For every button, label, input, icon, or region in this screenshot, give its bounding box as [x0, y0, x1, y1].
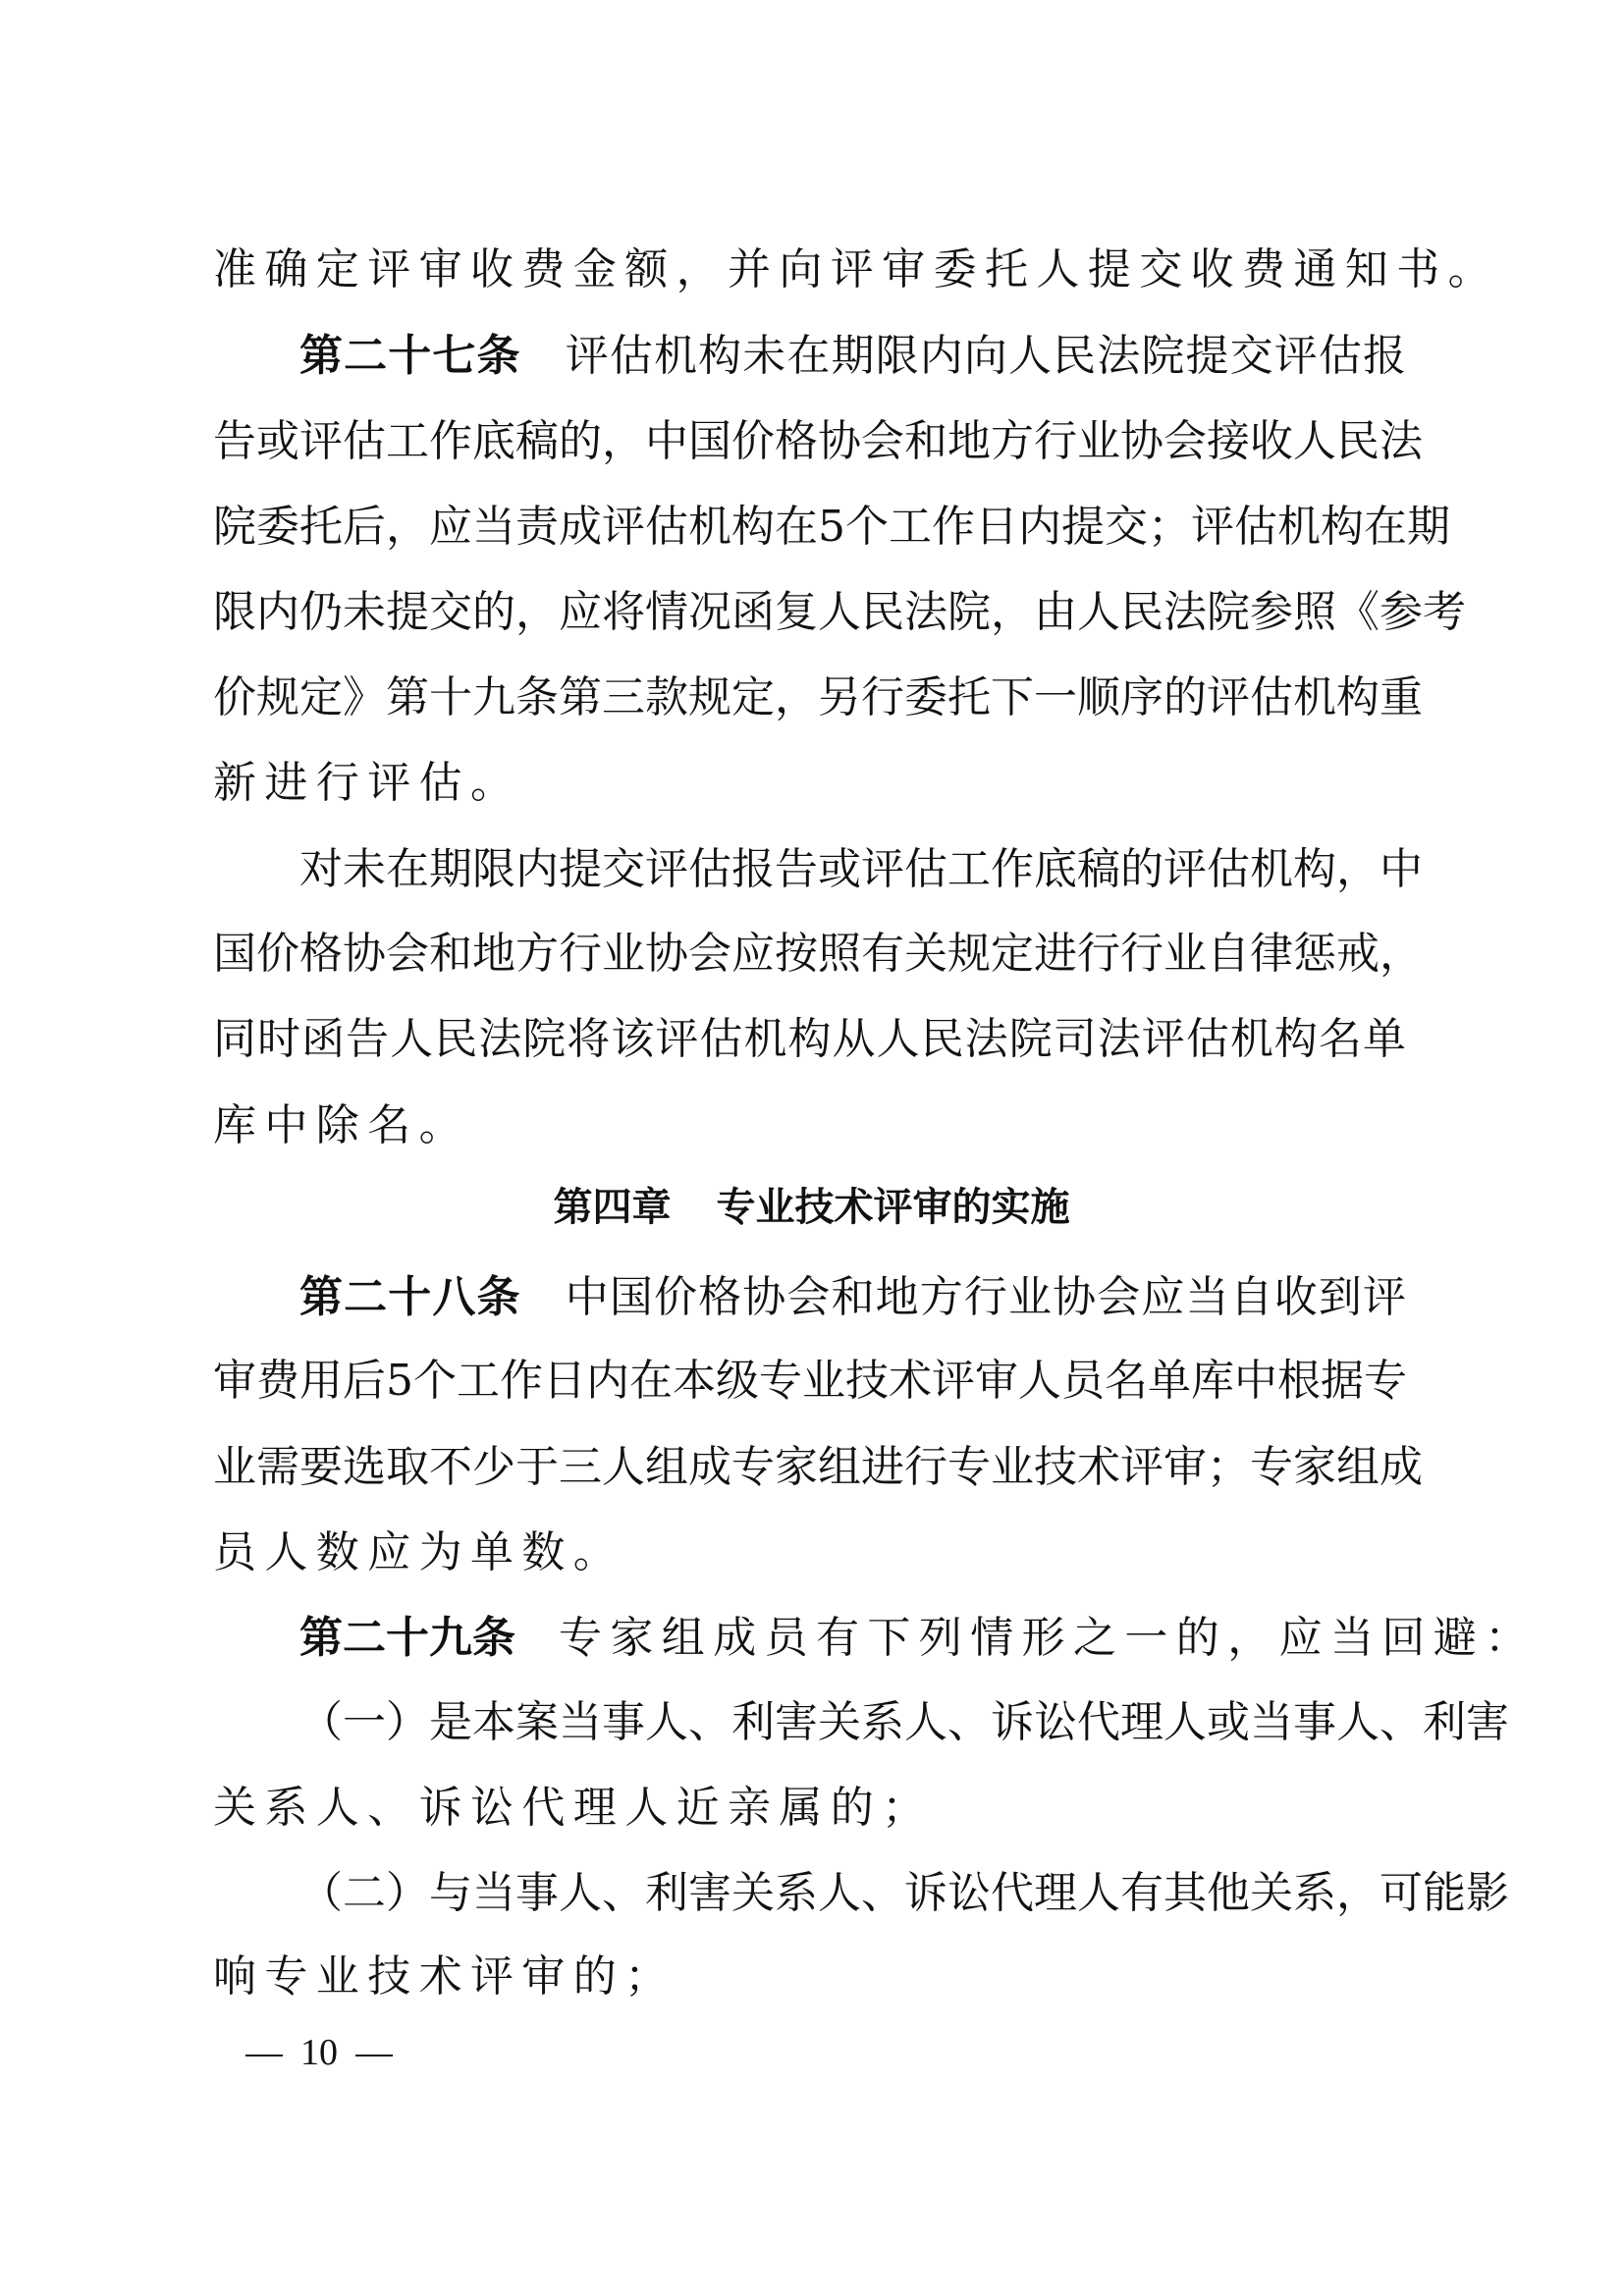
paragraph-line: 价规定》第十九条第三款规定，另行委托下一顺序的评估机构重 — [213, 668, 1406, 727]
article-number: 第二十七条 — [299, 331, 521, 381]
paragraph-line: 审费用后5个工作日内在本级专业技术评审人员名单库中根据专 — [213, 1352, 1406, 1411]
article-number: 第二十九条 — [299, 1613, 515, 1663]
dash-decoration — [245, 2055, 283, 2056]
paragraph-line: 员人数应为单数。 — [213, 1523, 1406, 1582]
article-text: 专家组成员有下列情形之一的，应当回避： — [559, 1613, 1537, 1663]
article-text: 中国价格协会和地方行业协会应当自收到评 — [565, 1272, 1406, 1322]
paragraph-line: 院委托后，应当责成评估机构在5个工作日内提交；评估机构在期 — [213, 498, 1406, 557]
article-28-first-line: 第二十八条中国价格协会和地方行业协会应当自收到评 — [299, 1268, 1406, 1327]
list-item-line: 响专业技术评审的； — [213, 1948, 1406, 2006]
page-number: 10 — [228, 2028, 410, 2077]
paragraph-line: 国价格协会和地方行业协会应按照有关规定进行行业自律惩戒， — [213, 925, 1406, 984]
article-27-first-line: 第二十七条评估机构未在期限内向人民法院提交评估报 — [299, 327, 1406, 386]
paragraph-line: 告或评估工作底稿的，中国价格协会和地方行业协会接收人民法 — [213, 412, 1406, 471]
chapter-title: 专业技术评审的实施 — [717, 1185, 1070, 1230]
dash-decoration — [355, 2055, 393, 2056]
paragraph-line: 新进行评估。 — [213, 754, 1406, 813]
article-text: 评估机构未在期限内向人民法院提交评估报 — [565, 331, 1406, 381]
article-29-first-line: 第二十九条专家组成员有下列情形之一的，应当回避： — [299, 1609, 1406, 1668]
paragraph-line: 准确定评审收费金额，并向评审委托人提交收费通知书。 — [213, 240, 1406, 299]
paragraph-line: 对未在期限内提交评估报告或评估工作底稿的评估机构，中 — [299, 840, 1406, 899]
paragraph-line: 业需要选取不少于三人组成专家组进行专业技术评审；专家组成 — [213, 1438, 1406, 1497]
paragraph-line: 库中除名。 — [213, 1096, 1406, 1155]
page-number-value: 10 — [300, 2032, 338, 2073]
document-page: 准确定评审收费金额，并向评审委托人提交收费通知书。 第二十七条评估机构未在期限内… — [0, 0, 1623, 2296]
article-number: 第二十八条 — [299, 1272, 521, 1322]
list-item-line: （二）与当事人、利害关系人、诉讼代理人有其他关系，可能影 — [299, 1864, 1406, 1923]
chapter-heading: 第四章专业技术评审的实施 — [0, 1178, 1623, 1237]
list-item-line: 关系人、诉讼代理人近亲属的； — [213, 1779, 1406, 1838]
paragraph-line: 同时函告人民法院将该评估机构从人民法院司法评估机构名单 — [213, 1010, 1406, 1069]
list-item-line: （一）是本案当事人、利害关系人、诉讼代理人或当事人、利害 — [299, 1693, 1406, 1752]
chapter-number: 第四章 — [554, 1185, 672, 1230]
paragraph-line: 限内仍未提交的，应将情况函复人民法院，由人民法院参照《参考 — [213, 583, 1406, 642]
